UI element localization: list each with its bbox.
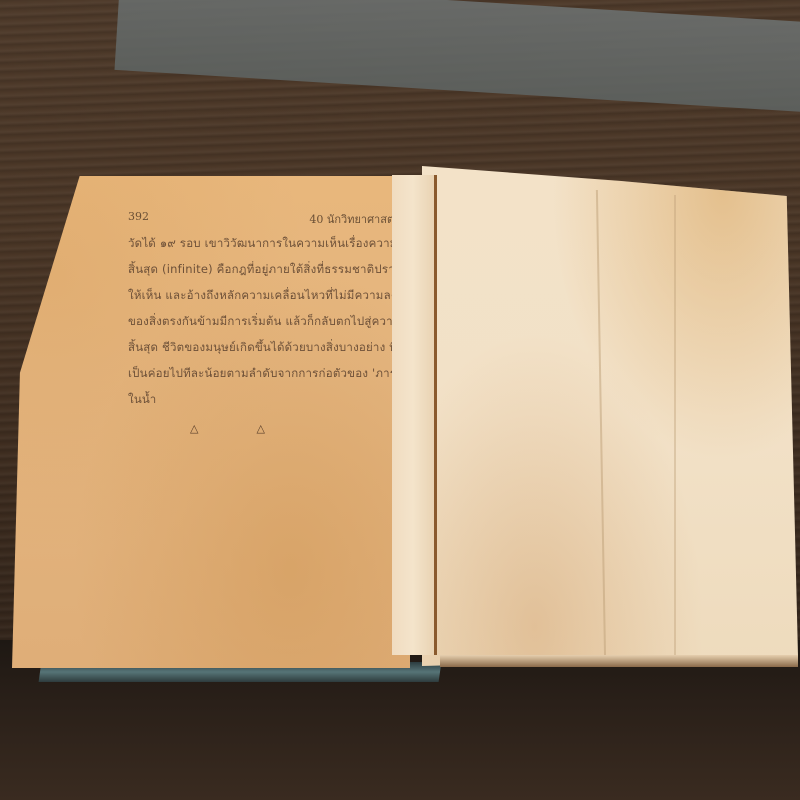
endpaper-fold-line	[674, 195, 676, 665]
left-page: 392 40 นักวิทยาศาสตร วัดได้ ๑๙ รอบ เขาวิ…	[12, 176, 410, 668]
page-header: 392 40 นักวิทยาศาสตร	[128, 210, 400, 228]
text-line: วัดได้ ๑๙ รอบ เขาวิวัฒนาการในความเห็นเรื…	[128, 230, 428, 256]
text-line: ให้เห็น และอ้างถึงหลักความเคลื่อนไหวที่ไ…	[128, 282, 428, 308]
text-line: สิ้นสุด ชีวิตของมนุษย์เกิดขึ้นได้ด้วยบาง…	[128, 334, 428, 360]
text-line: ของสิ่งตรงกันข้ามมีการเริ่มต้น แล้วก็กลั…	[128, 308, 428, 334]
section-end-marks: △ △	[190, 422, 330, 435]
triangle-icon: △	[190, 422, 198, 435]
right-endpaper	[422, 166, 798, 666]
triangle-icon: △	[256, 422, 264, 435]
book-gutter-hinge	[392, 175, 437, 655]
running-header: 40 นักวิทยาศาสตร	[309, 210, 400, 228]
page-number: 392	[128, 210, 149, 228]
open-book: 392 40 นักวิทยาศาสตร วัดได้ ๑๙ รอบ เขาวิ…	[0, 0, 800, 800]
right-cover-edge	[440, 655, 798, 667]
text-line: เป็นค่อยไปทีละน้อยตามลำดับจากการก่อตัวขอ…	[128, 360, 428, 386]
text-line: สิ้นสุด (infinite) คือกฎที่อยู่ภายใต้สิ่…	[128, 256, 428, 282]
text-line: ในน้ำ	[128, 386, 428, 412]
page-body-text: วัดได้ ๑๙ รอบ เขาวิวัฒนาการในความเห็นเรื…	[128, 230, 428, 412]
